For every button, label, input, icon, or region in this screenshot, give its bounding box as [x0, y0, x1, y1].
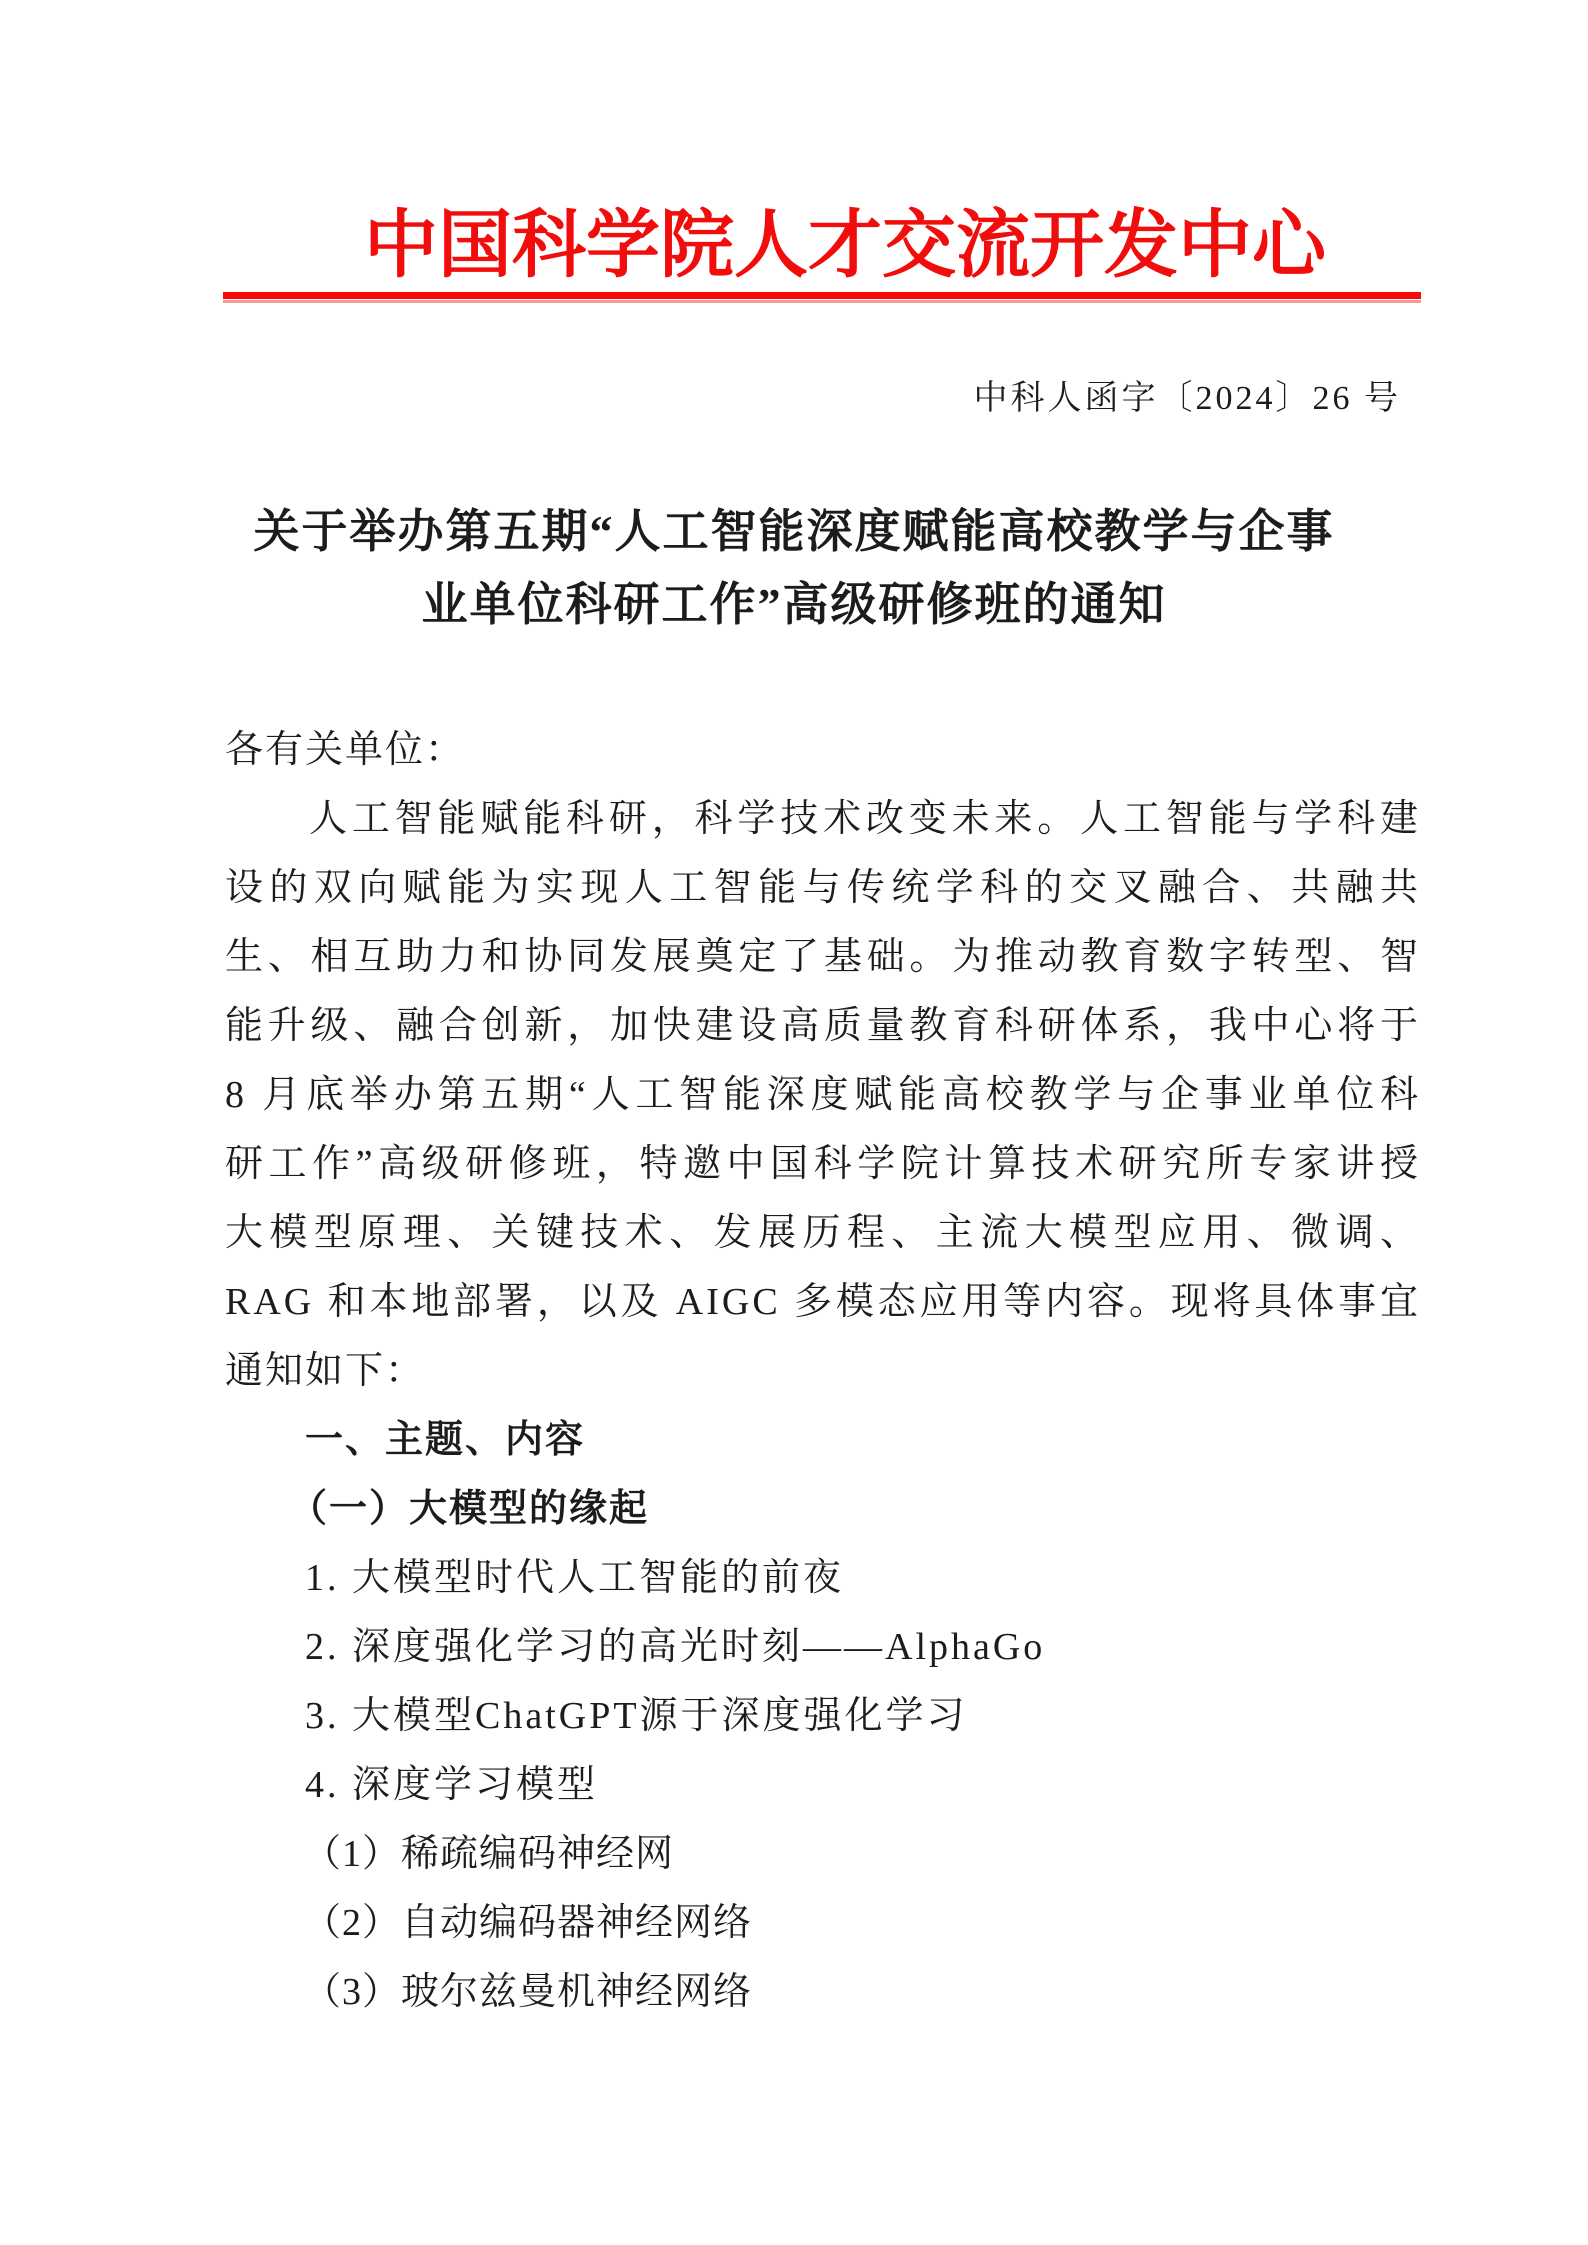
paragraph-line: 人工智能赋能科研，科学技术改变未来。人工智能与学科建: [225, 785, 1421, 854]
paragraph-line: 8 月底举办第五期“人工智能深度赋能高校教学与企事业单位科: [225, 1061, 1421, 1130]
letterhead-org-title: 中国科学院人才交流开发中心: [102, 198, 1588, 294]
document-number: 中科人函字〔2024〕26 号: [225, 376, 1401, 422]
paragraph-line: 通知如下：: [225, 1337, 1421, 1406]
list-item: 4. 深度学习模型: [305, 1751, 1421, 1820]
letterhead-rule-main: [223, 292, 1421, 299]
paragraph-line: RAG 和本地部署，以及 AIGC 多模态应用等内容。现将具体事宜: [225, 1268, 1421, 1337]
list-item: 3. 大模型ChatGPT源于深度强化学习: [305, 1682, 1421, 1751]
document-body: 各有关单位： 人工智能赋能科研，科学技术改变未来。人工智能与学科建 设的双向赋能…: [225, 716, 1421, 2027]
section-heading: 一、主题、内容: [305, 1406, 1421, 1475]
list-item: 1. 大模型时代人工智能的前夜: [305, 1544, 1421, 1613]
document-title-line-2: 业单位科研工作”高级研修班的通知: [144, 568, 1444, 641]
list-item: 2. 深度强化学习的高光时刻——AlphaGo: [305, 1613, 1421, 1682]
subsection-heading: （一）大模型的缘起: [289, 1475, 1421, 1544]
paragraph-line: 生、相互助力和协同发展奠定了基础。为推动教育数字转型、智: [225, 923, 1421, 992]
sub-list-item: （2）自动编码器神经网络: [303, 1889, 1421, 1958]
salutation: 各有关单位：: [225, 716, 1421, 785]
letterhead-rule-shadow: [223, 300, 1421, 303]
sub-list-item: （3）玻尔兹曼机神经网络: [303, 1958, 1421, 2027]
letterhead-rule: [223, 292, 1421, 303]
document-title-line-1: 关于举办第五期“人工智能深度赋能高校教学与企事: [144, 495, 1444, 568]
paragraph-line: 设的双向赋能为实现人工智能与传统学科的交叉融合、共融共: [225, 854, 1421, 923]
document-page: 中国科学院人才交流开发中心 中科人函字〔2024〕26 号 关于举办第五期“人工…: [0, 0, 1588, 2245]
paragraph-line: 研工作”高级研修班，特邀中国科学院计算技术研究所专家讲授: [225, 1130, 1421, 1199]
sub-list-item: （1）稀疏编码神经网: [303, 1820, 1421, 1889]
paragraph-line: 大模型原理、关键技术、发展历程、主流大模型应用、微调、: [225, 1199, 1421, 1268]
document-title: 关于举办第五期“人工智能深度赋能高校教学与企事 业单位科研工作”高级研修班的通知: [144, 495, 1444, 641]
paragraph-line: 能升级、融合创新，加快建设高质量教育科研体系，我中心将于: [225, 992, 1421, 1061]
